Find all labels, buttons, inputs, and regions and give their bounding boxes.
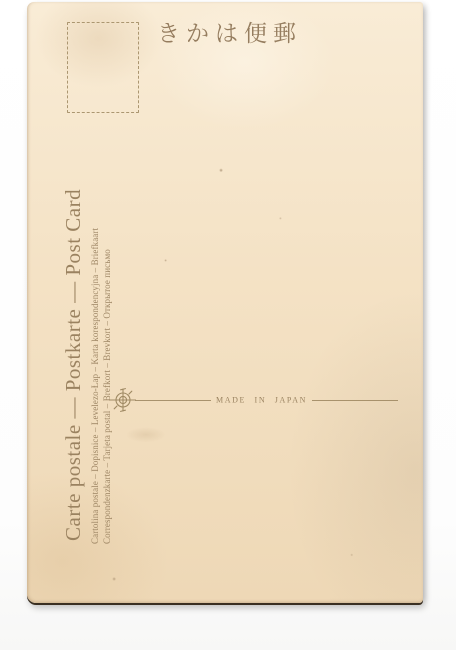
- divider-line-right: [312, 400, 398, 401]
- postcard-title-japanese: きかは便郵: [157, 19, 302, 49]
- crosshair-trademark-icon: [110, 386, 136, 414]
- made-in-japan-divider: MADE IN JAPAN: [110, 386, 398, 414]
- language-lines-block: Carte postale — Postkarte — Post Card Ca…: [60, 150, 118, 544]
- language-line-small-1: Cartolina postale – Dopisnice – Levelezo…: [89, 150, 101, 544]
- language-line-large: Carte postale — Postkarte — Post Card: [60, 150, 86, 544]
- divider-line-left: [135, 400, 211, 401]
- language-line-small-2: Correspondenzkarte – Tarjeta postal – Br…: [101, 150, 113, 544]
- made-in-japan-label: MADE IN JAPAN: [211, 395, 312, 404]
- stamp-box: [67, 22, 139, 113]
- postcard-back: きかは便郵 Carte postale — Postkarte — Post C…: [27, 2, 423, 603]
- photo-background: きかは便郵 Carte postale — Postkarte — Post C…: [0, 0, 456, 650]
